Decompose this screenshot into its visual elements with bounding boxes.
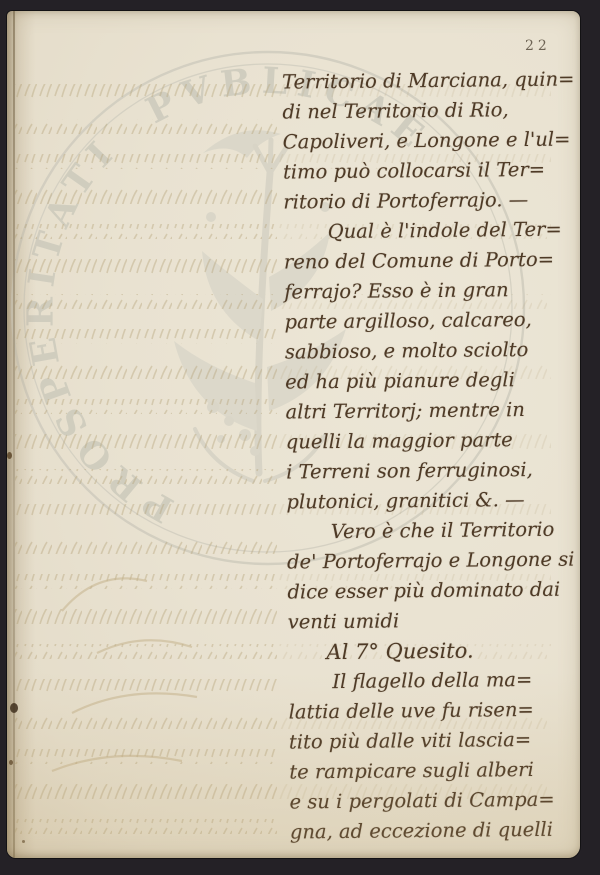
manuscript-line: lattia delle uve fu risen=	[289, 694, 580, 727]
manuscript-line: sabbioso, e molto sciolto	[285, 334, 579, 367]
manuscript-line: te rampicare sugli alberi	[289, 754, 580, 787]
manuscript-line: i Terreni son ferruginosi,	[286, 454, 580, 487]
ink-speck	[22, 840, 25, 843]
manuscript-line: ritorio di Portoferrajo. —	[283, 184, 577, 217]
manuscript-line: quelli la maggior parte	[286, 424, 580, 457]
manuscript-line: e su i pergolati di Campa=	[289, 784, 580, 817]
manuscript-line: ferrajo? Esso è in gran	[284, 274, 578, 307]
manuscript-line: ed ha più pianure degli	[285, 364, 579, 397]
manuscript-line: de' Portoferrajo e Longone si	[287, 544, 580, 577]
manuscript-paper: PROSPERITATI PVBLICAE	[7, 11, 580, 858]
manuscript-line: gna, ad eccezione di quelli	[290, 814, 580, 847]
scanned-page-photo: PROSPERITATI PVBLICAE	[0, 0, 600, 875]
page-binding-edge	[13, 11, 15, 858]
manuscript-line: dice esser più dominato dai	[287, 574, 580, 607]
manuscript-line: di nel Territorio di Rio,	[282, 94, 576, 127]
manuscript-line: Qual è l'indole del Ter=	[283, 214, 577, 247]
manuscript-line: venti umidi	[288, 604, 580, 637]
manuscript-line: altri Territorj; mentre in	[285, 394, 579, 427]
page-number: 22	[525, 38, 551, 54]
manuscript-line: tito più dalle viti lascia=	[289, 724, 580, 757]
manuscript-text: Territorio di Marciana, quin= di nel Ter…	[282, 64, 580, 847]
manuscript-line: Territorio di Marciana, quin=	[282, 64, 576, 97]
manuscript-line: reno del Comune di Porto=	[284, 244, 578, 277]
ink-speck	[9, 760, 13, 765]
manuscript-line: timo può collocarsi il Ter=	[283, 154, 577, 187]
manuscript-section-heading: Al 7° Quesito.	[288, 634, 580, 667]
manuscript-line: Vero è che il Territorio	[287, 514, 580, 547]
ink-speck	[10, 703, 18, 713]
manuscript-line: plutonici, granitici &. —	[286, 484, 580, 517]
manuscript-line: Capoliveri, e Longone e l'ul=	[283, 124, 577, 157]
manuscript-line: Il flagello della ma=	[288, 664, 580, 697]
ink-speck	[7, 452, 12, 459]
manuscript-line: parte argilloso, calcareo,	[284, 304, 578, 337]
